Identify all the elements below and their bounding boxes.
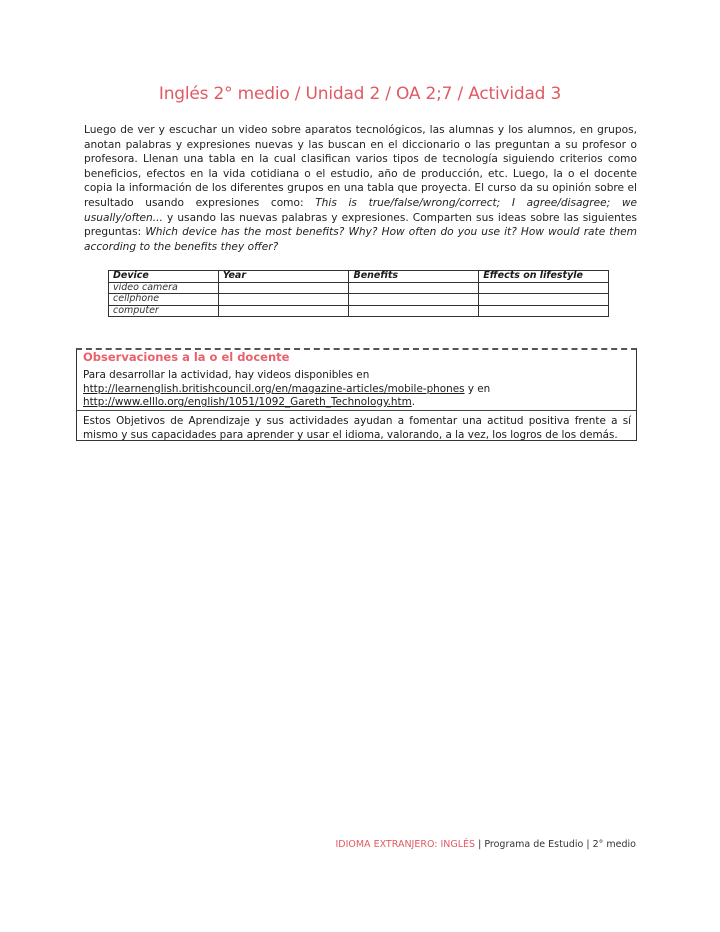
cell-benefits [349, 305, 479, 317]
resources-connector: y en [465, 383, 491, 395]
link-britishcouncil[interactable]: http://learnenglish.britishcouncil.org/e… [83, 383, 465, 395]
resources-end: . [412, 396, 415, 408]
cell-effects [479, 282, 609, 294]
cell-device: computer [109, 305, 219, 317]
header-year: Year [218, 271, 349, 283]
observations-resources: Para desarrollar la actividad, hay video… [83, 369, 628, 410]
footer-separator: | [583, 839, 592, 850]
cell-effects [479, 294, 609, 306]
cell-year [218, 294, 349, 306]
page-footer: IDIOMA EXTRANJERO: INGLÉS | Programa de … [335, 839, 636, 850]
table-row: cellphone [109, 294, 609, 306]
link-elllo[interactable]: http://www.elllo.org/english/1051/1092_G… [83, 396, 412, 408]
intro-questions: Which device has the most benefits? Why?… [84, 226, 637, 253]
observations-title: Observaciones a la o el docente [83, 350, 289, 364]
table-header-row: Device Year Benefits Effects on lifestyl… [109, 271, 609, 283]
cell-year [218, 282, 349, 294]
cell-benefits [349, 282, 479, 294]
footer-separator: | [475, 839, 484, 850]
cell-device: video camera [109, 282, 219, 294]
table-row: computer [109, 305, 609, 317]
header-effects: Effects on lifestyle [479, 271, 609, 283]
device-table: Device Year Benefits Effects on lifestyl… [108, 270, 609, 317]
footer-level: 2° medio [593, 839, 636, 850]
table-row: video camera [109, 282, 609, 294]
header-benefits: Benefits [349, 271, 479, 283]
footer-program: Programa de Estudio [484, 839, 583, 850]
footer-subject: IDIOMA EXTRANJERO: INGLÉS [335, 839, 475, 850]
observations-divider [77, 410, 636, 411]
cell-device: cellphone [109, 294, 219, 306]
teacher-observations-box: Observaciones a la o el docente Para des… [76, 348, 637, 441]
page-title: Inglés 2° medio / Unidad 2 / OA 2;7 / Ac… [0, 84, 720, 104]
header-device: Device [109, 271, 219, 283]
activity-description: Luego de ver y escuchar un video sobre a… [84, 123, 637, 254]
cell-benefits [349, 294, 479, 306]
observations-objectives: Estos Objetivos de Aprendizaje y sus act… [83, 415, 631, 442]
cell-effects [479, 305, 609, 317]
resources-intro: Para desarrollar la actividad, hay video… [83, 369, 369, 381]
cell-year [218, 305, 349, 317]
